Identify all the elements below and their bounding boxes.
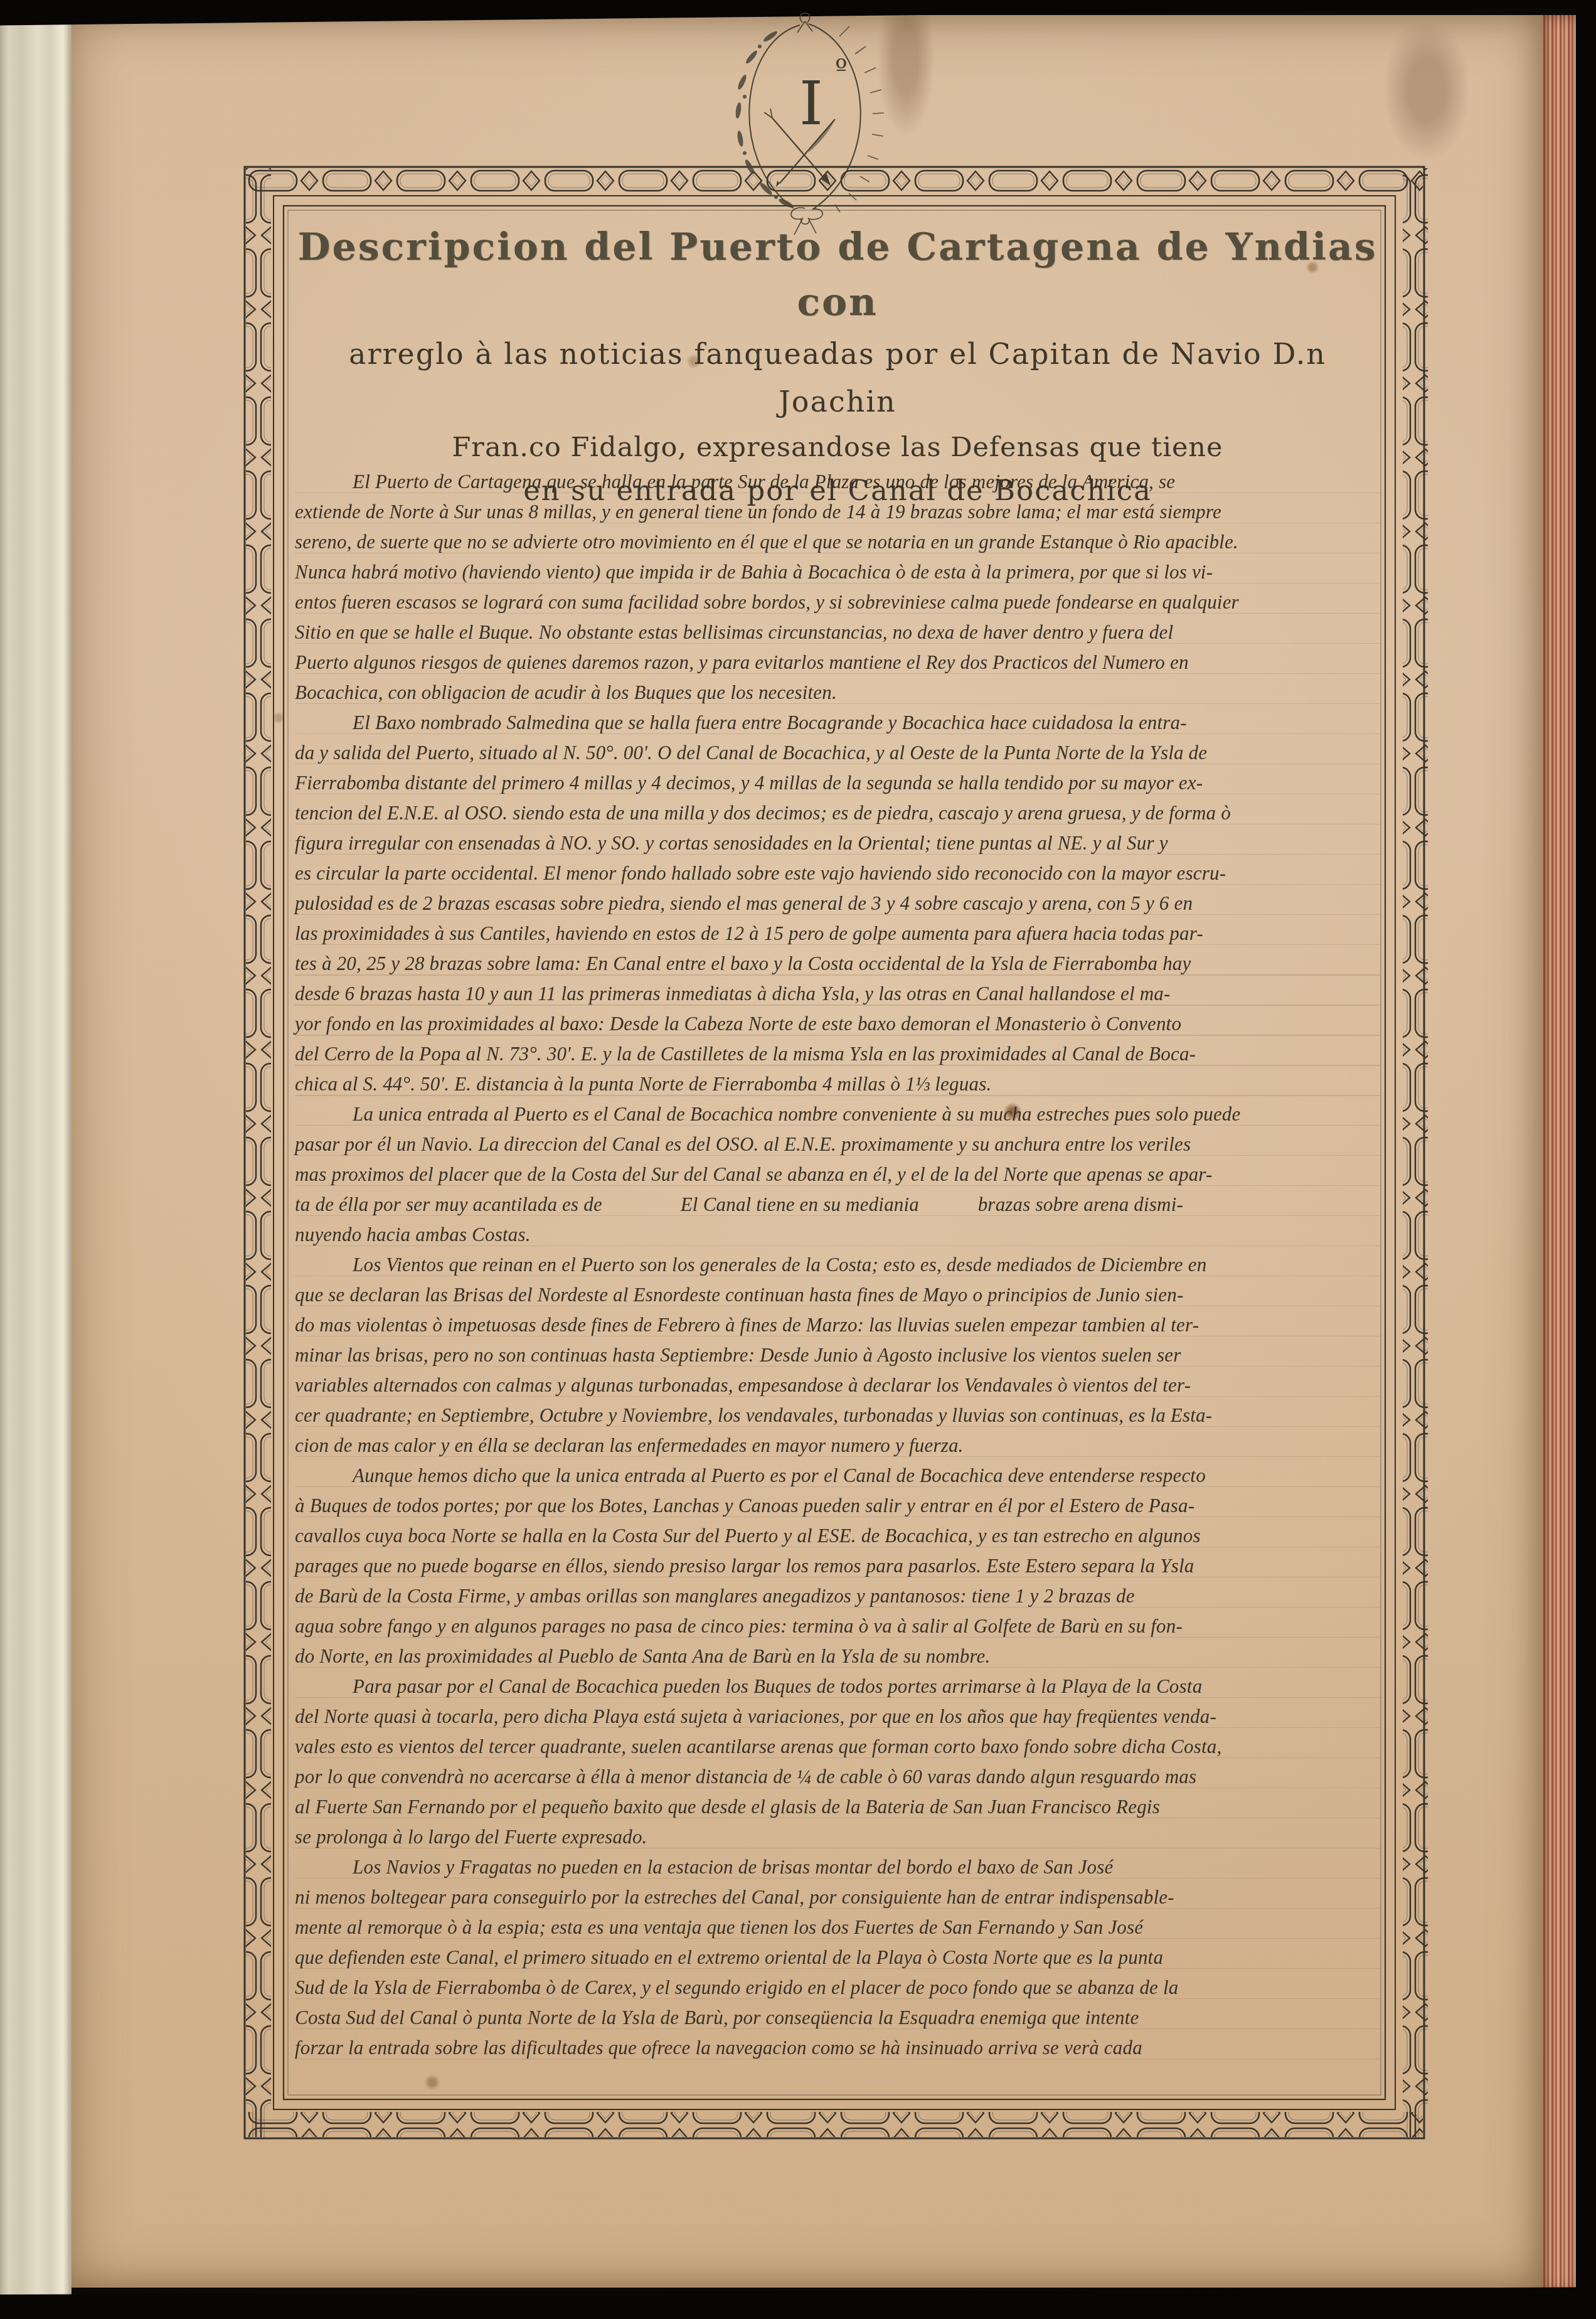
paragraph-estero: Aunque hemos dicho que la unica entrada … (295, 1461, 1380, 1671)
manuscript-line: sereno, de suerte que no se advierte otr… (295, 527, 1380, 557)
manuscript-line: ta de élla por ser muy acantilada es de … (295, 1190, 1380, 1220)
manuscript-line: Para pasar por el Canal de Bocachica pue… (295, 1671, 1380, 1702)
manuscript-line: Puerto algunos riesgos de quienes daremo… (295, 648, 1380, 678)
title-line-2: arreglo à las noticias fanqueadas por el… (295, 330, 1380, 425)
manuscript-line: La unica entrada al Puerto es el Canal d… (295, 1099, 1380, 1129)
manuscript-line: Sud de la Ysla de Fierrabomba ò de Carex… (295, 1973, 1380, 2003)
manuscript-photo: I º Descripcion del Puerto de Cartagena … (0, 0, 1596, 2319)
manuscript-line: mas proximos del placer que de la Costa … (295, 1159, 1380, 1190)
manuscript-line: vales esto es vientos del tercer quadran… (295, 1732, 1380, 1762)
manuscript-line: extiende de Norte à Sur unas 8 millas, y… (295, 497, 1380, 527)
manuscript-line: cavallos cuya boca Norte se halla en la … (295, 1521, 1380, 1551)
manuscript-line: las proximidades à sus Cantiles, haviend… (295, 919, 1380, 949)
manuscript-line: cion de mas calor y en élla se declaran … (295, 1431, 1380, 1461)
manuscript-line: variables alternados con calmas y alguna… (295, 1370, 1380, 1400)
manuscript-line: entos fueren escasos se logrará con suma… (295, 587, 1380, 617)
manuscript-line: de Barù de la Costa Firme, y ambas orill… (295, 1581, 1380, 1611)
manuscript-line: agua sobre fango y en algunos parages no… (295, 1611, 1380, 1641)
manuscript-line: ni menos boltegear para conseguirlo por … (295, 1882, 1380, 1912)
manuscript-line: Nunca habrá motivo (haviendo viento) que… (295, 557, 1380, 587)
paragraph-fuertes: Los Navios y Fragatas no pueden en la es… (295, 1852, 1380, 2063)
manuscript-line: chica al S. 44°. 50'. E. distancia à la … (295, 1069, 1380, 1099)
manuscript-line: Fierrabomba distante del primero 4 milla… (295, 768, 1380, 798)
manuscript-line: es circular la parte occidental. El meno… (295, 858, 1380, 888)
manuscript-line: El Baxo nombrado Salmedina que se halla … (295, 708, 1380, 738)
manuscript-line: pasar por él un Navio. La direccion del … (295, 1129, 1380, 1159)
manuscript-line: que se declaran las Brisas del Nordeste … (295, 1280, 1380, 1310)
paragraph-entrada: La unica entrada al Puerto es el Canal d… (295, 1099, 1380, 1250)
chapter-numeral-ordinal: º (835, 53, 848, 84)
manuscript-line: pulosidad es de 2 brazas escasas sobre p… (295, 888, 1380, 919)
manuscript-line: à Buques de todos portes; por que los Bo… (295, 1491, 1380, 1521)
manuscript-line: mente al remorque ò à la espia; esta es … (295, 1912, 1380, 1943)
title-line-1: Descripcion del Puerto de Cartagena de Y… (295, 220, 1380, 330)
manuscript-line: parages que no puede bogarse en éllos, s… (295, 1551, 1380, 1581)
chapter-numeral: I (799, 68, 823, 139)
manuscript-line: do Norte, en las proximidades al Pueblo … (295, 1641, 1380, 1671)
manuscript-line: que defienden este Canal, el primero sit… (295, 1943, 1380, 1973)
manuscript-line: tencion del E.N.E. al OSO. siendo esta d… (295, 798, 1380, 828)
manuscript-line: do mas violentas ò impetuosas desde fine… (295, 1310, 1380, 1340)
paragraph-puerto: El Puerto de Cartagena que se halla en l… (295, 467, 1380, 708)
manuscript-line: tes à 20, 25 y 28 brazas sobre lama: En … (295, 949, 1380, 979)
manuscript-line: da y salida del Puerto, situado al N. 50… (295, 738, 1380, 768)
manuscript-line: Costa Sud del Canal ò punta Norte de la … (295, 2003, 1380, 2033)
manuscript-line: cer quadrante; en Septiembre, Octubre y … (295, 1400, 1380, 1431)
manuscript-body: El Puerto de Cartagena que se halla en l… (295, 467, 1380, 2063)
manuscript-line: nuyendo hacia ambas Costas. (295, 1220, 1380, 1250)
manuscript-line: por lo que convendrà no acercarse à élla… (295, 1762, 1380, 1792)
manuscript-line: yor fondo en las proximidades al baxo: D… (295, 1009, 1380, 1039)
manuscript-line: forzar la entrada sobre las dificultades… (295, 2033, 1380, 2063)
manuscript-line: al Fuerte San Fernando por el pequeño ba… (295, 1792, 1380, 1822)
manuscript-line: del Norte quasi à tocarla, pero dicha Pl… (295, 1702, 1380, 1732)
manuscript-line: se prolonga à lo largo del Fuerte expres… (295, 1822, 1380, 1852)
manuscript-line: El Puerto de Cartagena que se halla en l… (295, 467, 1380, 497)
paragraph-vientos: Los Vientos que reinan en el Puerto son … (295, 1250, 1380, 1461)
manuscript-line: Los Navios y Fragatas no pueden en la es… (295, 1852, 1380, 1882)
manuscript-line: Bocachica, con obligacion de acudir à lo… (295, 678, 1380, 708)
title-line-3: Fran.co Fidalgo, expresandose las Defens… (295, 425, 1380, 469)
paragraph-playa: Para pasar por el Canal de Bocachica pue… (295, 1671, 1380, 1852)
manuscript-line: Sitio en que se halle el Buque. No obsta… (295, 617, 1380, 648)
manuscript-line: figura irregular con ensenadas à NO. y S… (295, 828, 1380, 858)
paragraph-salmedina: El Baxo nombrado Salmedina que se halla … (295, 708, 1380, 1099)
manuscript-line: minar las brisas, pero no son continuas … (295, 1340, 1380, 1370)
manuscript-line: del Cerro de la Popa al N. 73°. 30'. E. … (295, 1039, 1380, 1069)
manuscript-line: Aunque hemos dicho que la unica entrada … (295, 1461, 1380, 1491)
laurel-wreath-emblem: I º (735, 13, 884, 235)
manuscript-line: desde 6 brazas hasta 10 y aun 11 las pri… (295, 979, 1380, 1009)
manuscript-line: Los Vientos que reinan en el Puerto son … (295, 1250, 1380, 1280)
